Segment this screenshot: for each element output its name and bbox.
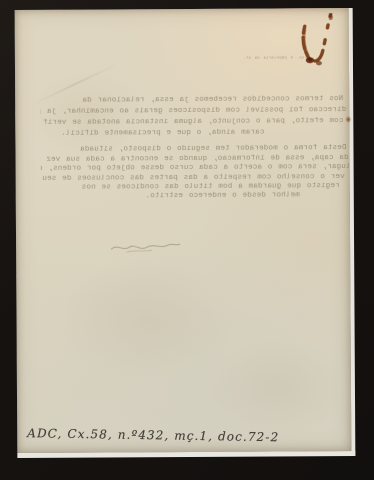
bleed-through-line: Nos termos concedidos recebemos ja essa,… (58, 95, 343, 106)
bleed-through-line: melhor desde o endereco estrito. (95, 191, 300, 201)
document-page: tip. e papelaria da of. Nos termos conce… (15, 8, 356, 458)
bleed-through-header-line: tip. e papelaria da of. (237, 56, 307, 62)
paper-blotch (207, 338, 348, 439)
bleed-through-line: lugar, sera com o acerto a cada curso de… (41, 163, 351, 174)
archive-reference-annotation: ADC, Cx.58, n.º432, mç.1, doc.72-2 (27, 426, 277, 444)
bleed-through-line: com efeito, para o conjunto, alguma inst… (42, 117, 343, 128)
bleed-through-line: caram ainda, o que e precisamente difici… (42, 129, 264, 139)
paper-blotch (56, 259, 237, 380)
bleed-through-line: direccao foi possivel com disposicoes ge… (40, 106, 346, 117)
rust-stain (296, 13, 340, 78)
scan-background: tip. e papelaria da of. Nos termos conce… (0, 0, 374, 480)
ink-spot (345, 116, 351, 123)
pencil-scribble (108, 238, 182, 261)
bleed-through-line: Desta forma o moderador tem seguido o di… (58, 144, 346, 155)
